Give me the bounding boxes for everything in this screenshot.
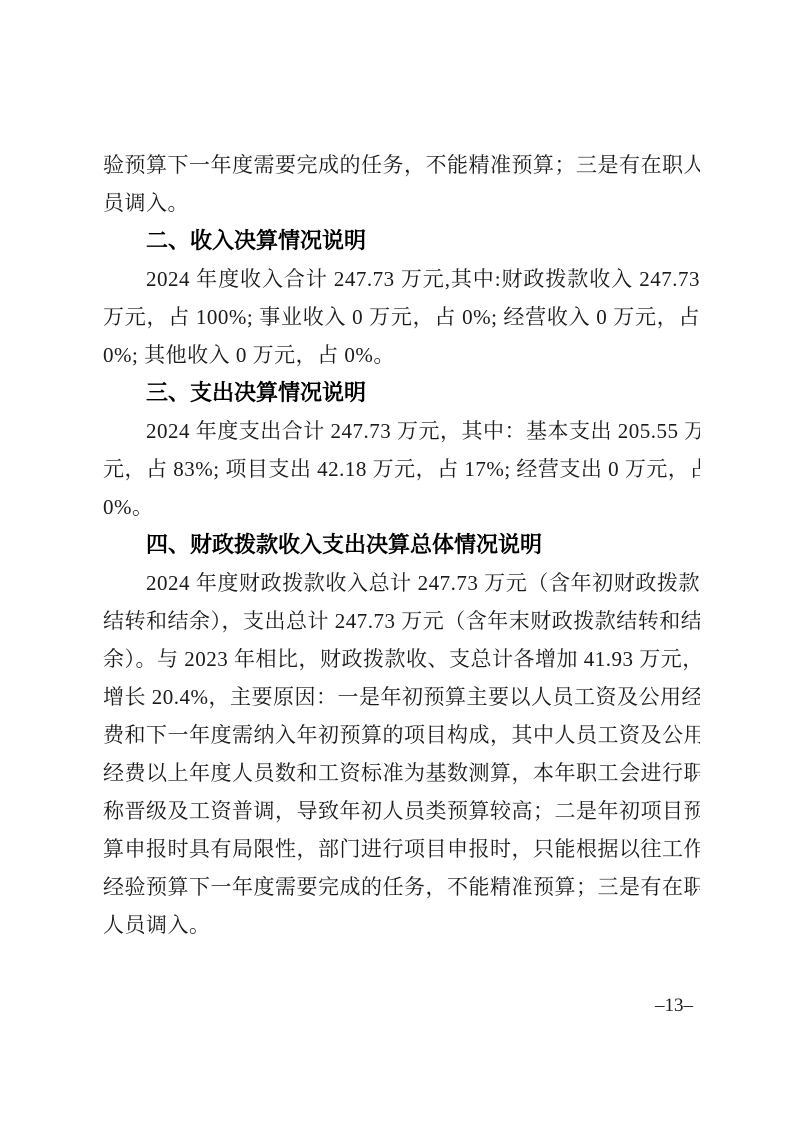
text-line: 称晋级及工资普调，导致年初人员类预算较高；二是年初项目预 [103, 792, 700, 830]
text-line: 经费以上年度人员数和工资标准为基数测算，本年职工会进行职 [103, 754, 700, 792]
section-heading-expenditure: 三、支出决算情况说明 [103, 374, 700, 412]
paragraph-expenditure: 2024 年度支出合计 247.73 万元，其中：基本支出 205.55 万 元… [103, 412, 700, 526]
paragraph-income: 2024 年度收入合计 247.73 万元,其中:财政拨款收入 247.73 万… [103, 260, 700, 374]
paragraph-fiscal: 2024 年度财政拨款收入总计 247.73 万元（含年初财政拨款 结转和结余）… [103, 564, 700, 944]
document-body: 验预算下一年度需要完成的任务，不能精准预算；三是有在职人 员调入。 二、收入决算… [103, 146, 700, 944]
text-line: 结转和结余），支出总计 247.73 万元（含年末财政拨款结转和结 [103, 602, 700, 640]
paragraph-continuation: 验预算下一年度需要完成的任务，不能精准预算；三是有在职人 员调入。 [103, 146, 700, 222]
document-page: 验预算下一年度需要完成的任务，不能精准预算；三是有在职人 员调入。 二、收入决算… [0, 0, 793, 1122]
section-heading-fiscal: 四、财政拨款收入支出决算总体情况说明 [103, 526, 700, 564]
text-line: 增长 20.4%，主要原因：一是年初预算主要以人员工资及公用经 [103, 678, 700, 716]
text-line: 员调入。 [103, 184, 700, 222]
text-line: 0%。 [103, 488, 700, 526]
text-line: 万元，占 100%; 事业收入 0 万元，占 0%; 经营收入 0 万元，占 [103, 298, 700, 336]
section-heading-income: 二、收入决算情况说明 [103, 222, 700, 260]
text-line: 0%; 其他收入 0 万元，占 0%。 [103, 336, 700, 374]
page-number: –13– [655, 995, 693, 1017]
text-line: 2024 年度支出合计 247.73 万元，其中：基本支出 205.55 万 [103, 412, 700, 450]
text-line: 2024 年度财政拨款收入总计 247.73 万元（含年初财政拨款 [103, 564, 700, 602]
text-line: 验预算下一年度需要完成的任务，不能精准预算；三是有在职人 [103, 146, 700, 184]
text-line: 余）。与 2023 年相比，财政拨款收、支总计各增加 41.93 万元， [103, 640, 700, 678]
text-line: 人员调入。 [103, 906, 700, 944]
text-line: 费和下一年度需纳入年初预算的项目构成，其中人员工资及公用 [103, 716, 700, 754]
text-line: 算申报时具有局限性，部门进行项目申报时，只能根据以往工作 [103, 830, 700, 868]
text-line: 元，占 83%; 项目支出 42.18 万元，占 17%; 经营支出 0 万元，… [103, 450, 700, 488]
text-line: 2024 年度收入合计 247.73 万元,其中:财政拨款收入 247.73 [103, 260, 700, 298]
text-line: 经验预算下一年度需要完成的任务，不能精准预算；三是有在职 [103, 868, 700, 906]
